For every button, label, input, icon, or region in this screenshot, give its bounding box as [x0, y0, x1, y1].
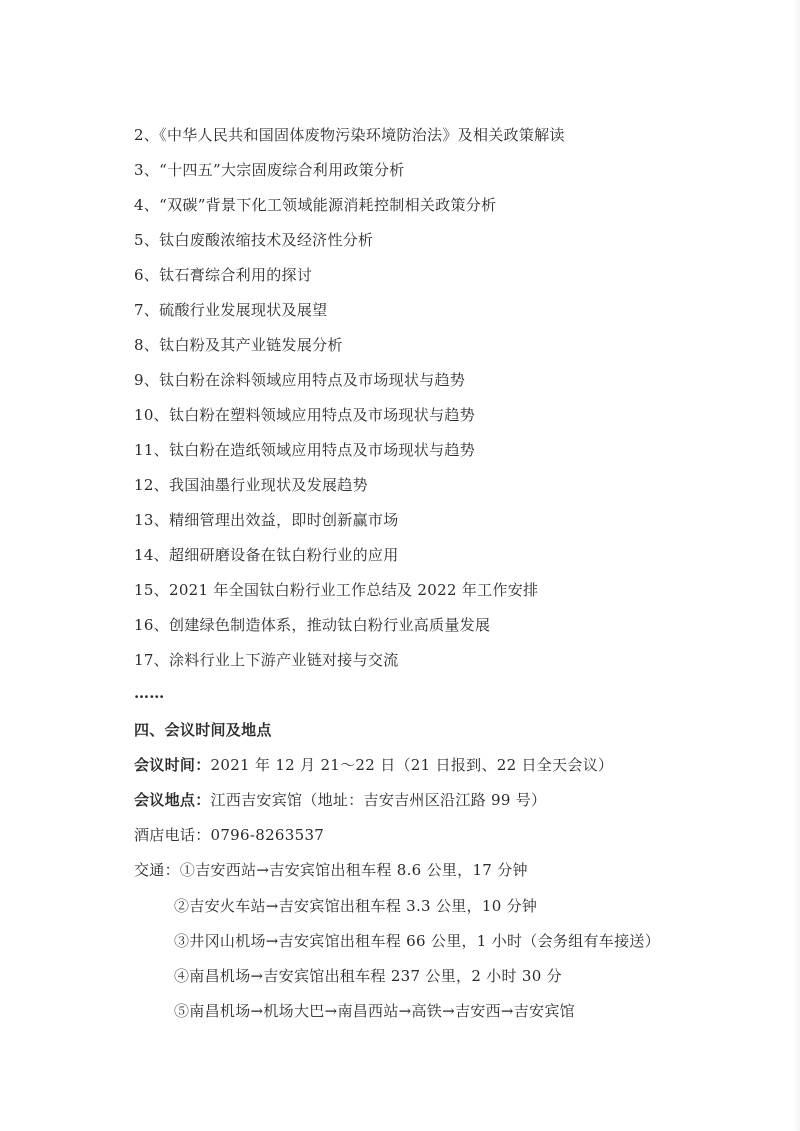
meeting-time: 会议时间：2021 年 12 月 21～22 日（21 日报到、22 日全天会议…: [134, 755, 613, 775]
section-heading: 四、会议时间及地点: [134, 720, 272, 740]
transport-route: ①吉安西站→吉安宾馆出租车程 8.6 公里，17 分钟: [180, 861, 528, 879]
agenda-item: 5、钛白废酸浓缩技术及经济性分析: [134, 230, 373, 250]
agenda-item: 2、《中华人民共和国固体废物污染环境防治法》及相关政策解读: [134, 125, 565, 145]
meeting-venue-value: 江西吉安宾馆（地址：吉安吉州区沿江路 99 号）: [211, 791, 547, 809]
ellipsis: ……: [134, 683, 165, 703]
agenda-item: 8、钛白粉及其产业链发展分析: [134, 335, 343, 355]
transport-route: ③井冈山机场→吉安宾馆出租车程 66 公里，1 小时（会务组有车接送）: [174, 931, 660, 951]
transport-route: ④南昌机场→吉安宾馆出租车程 237 公里，2 小时 30 分: [174, 966, 562, 986]
agenda-item: 17、涂料行业上下游产业链对接与交流: [134, 650, 399, 670]
transport-label: 交通：: [134, 861, 180, 879]
meeting-time-label: 会议时间：: [134, 756, 211, 774]
meeting-venue-label: 会议地点：: [134, 791, 211, 809]
agenda-item: 7、硫酸行业发展现状及展望: [134, 300, 327, 320]
transport-route: ②吉安火车站→吉安宾馆出租车程 3.3 公里，10 分钟: [174, 896, 537, 916]
agenda-item: 9、钛白粉在涂料领域应用特点及市场现状与趋势: [134, 370, 465, 390]
agenda-item: 11、钛白粉在造纸领域应用特点及市场现状与趋势: [134, 440, 475, 460]
agenda-item: 6、钛石膏综合利用的探讨: [134, 265, 312, 285]
agenda-item: 10、钛白粉在塑料领域应用特点及市场现状与趋势: [134, 405, 475, 425]
transport-route: ⑤南昌机场→机场大巴→南昌西站→高铁→吉安西→吉安宾馆: [174, 1001, 575, 1021]
meeting-venue: 会议地点：江西吉安宾馆（地址：吉安吉州区沿江路 99 号）: [134, 790, 546, 810]
agenda-item: 16、创建绿色制造体系，推动钛白粉行业高质量发展: [134, 615, 490, 635]
agenda-item: 13、精细管理出效益，即时创新赢市场: [134, 510, 399, 530]
transport-line-1: 交通：①吉安西站→吉安宾馆出租车程 8.6 公里，17 分钟: [134, 860, 528, 880]
agenda-item: 15、2021 年全国钛白粉行业工作总结及 2022 年工作安排: [134, 580, 538, 600]
meeting-time-value: 2021 年 12 月 21～22 日（21 日报到、22 日全天会议）: [211, 756, 614, 774]
agenda-item: 3、“十四五”大宗固废综合利用政策分析: [134, 160, 405, 180]
agenda-item: 14、超细研磨设备在钛白粉行业的应用: [134, 545, 399, 565]
agenda-item: 4、“双碳”背景下化工领域能源消耗控制相关政策分析: [134, 195, 496, 215]
agenda-item: 12、我国油墨行业现状及发展趋势: [134, 475, 368, 495]
hotel-phone: 酒店电话：0796-8263537: [134, 825, 324, 845]
page-edge: [794, 0, 800, 1131]
